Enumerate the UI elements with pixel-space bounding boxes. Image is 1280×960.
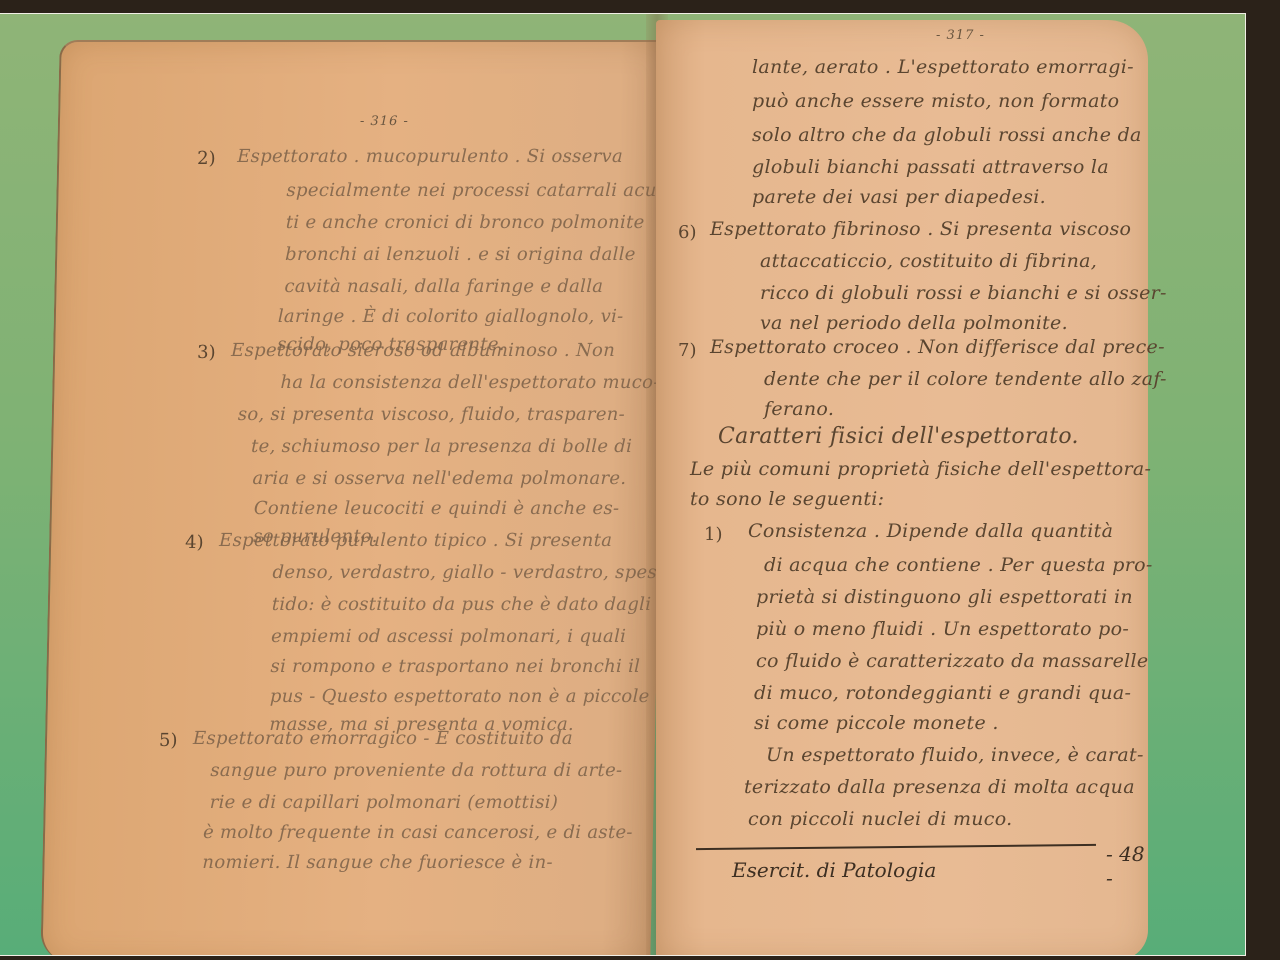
text-line: ferano. — [764, 398, 834, 420]
text-line: Consistenza . Dipende dalla quantità — [748, 520, 1113, 542]
item-number: 1) — [704, 524, 722, 545]
text-line: sangue puro proveniente da rottura di ar… — [210, 760, 623, 781]
text-line: di acqua che contiene . Per questa pro- — [764, 554, 1153, 576]
text-line: ha la consistenza dell'espettorato muco- — [280, 372, 660, 393]
text-line: co fluido è caratterizzato da massarelle — [756, 650, 1148, 672]
text-line: Espettorato sieroso od albuminoso . Non — [231, 340, 615, 361]
item-number: 4) — [185, 532, 204, 553]
item-number: 2) — [197, 148, 216, 169]
text-line: denso, verdastro, giallo - verdastro, sp… — [272, 562, 705, 583]
text-line: empiemi od ascessi polmonari, i quali — [271, 626, 626, 647]
text-line: terizzato dalla presenza di molta acqua — [744, 776, 1135, 798]
footer-rule — [696, 844, 1096, 850]
text-line: lante, aerato . L'espettorato emorragi- — [752, 56, 1134, 78]
text-line: più o meno fluidi . Un espettorato po- — [756, 618, 1129, 640]
text-line: prietà si distinguono gli espettorati in — [756, 586, 1133, 608]
text-line: cavità nasali, dalla faringe e dalla — [284, 276, 603, 297]
photo-frame: - 316 - 2) Espettorato . mucopurulento .… — [0, 13, 1246, 956]
text-line: è molto frequente in casi cancerosi, e d… — [203, 822, 633, 843]
item-number: 7) — [678, 340, 696, 361]
text-line: aria e si osserva nell'edema polmonare. — [252, 468, 626, 489]
text-line: con piccoli nuclei di muco. — [748, 808, 1012, 830]
text-line: to sono le seguenti: — [690, 488, 884, 510]
text-line: dente che per il colore tendente allo za… — [764, 368, 1167, 390]
text-line: ti e anche cronici di bronco polmonite — [286, 212, 645, 233]
text-line: Un espettorato fluido, invece, è carat- — [766, 744, 1144, 766]
text-line: Espettorato purulento tipico . Si presen… — [219, 530, 613, 551]
text-line: Espettorato . mucopurulento . Si osserva — [237, 146, 623, 167]
text-line: si rompono e trasportano nei bronchi il — [270, 656, 640, 677]
text-line: laringe . È di colorito giallognolo, vi- — [278, 306, 624, 327]
text-line: rie e di capillari polmonari (emottisi) — [209, 792, 558, 813]
left-page-number: - 316 - — [360, 114, 409, 129]
item-number: 3) — [197, 342, 216, 363]
text-line: va nel periodo della polmonite. — [760, 312, 1068, 334]
item-number: 5) — [159, 730, 178, 751]
text-line: nomieri. Il sangue che fuoriesce è in- — [202, 852, 553, 873]
text-line: te, schiumoso per la presenza di bolle d… — [251, 436, 632, 457]
text-line: di muco, rotondeggianti e grandi qua- — [754, 682, 1131, 704]
text-line: Espettorato fibrinoso . Si presenta visc… — [710, 218, 1131, 240]
text-line: specialmente nei processi catarrali acu- — [286, 180, 663, 201]
text-line: tido: è costituito da pus che è dato dag… — [272, 594, 652, 615]
sheet-number: - 48 - — [1106, 842, 1148, 890]
text-line: globuli bianchi passati attraverso la — [752, 156, 1109, 178]
text-line: Contiene leucociti e quindi è anche es- — [254, 498, 620, 519]
right-page-number: - 317 - — [936, 28, 985, 43]
text-line: Le più comuni proprietà fisiche dell'esp… — [690, 458, 1151, 480]
footer-title: Esercit. di Patologia — [732, 858, 936, 882]
text-line: parete dei vasi per diapedesi. — [752, 186, 1046, 208]
text-line: può anche essere misto, non formato — [752, 90, 1119, 112]
text-line: Espettorato emorragico - È costituito da — [193, 728, 573, 749]
left-page: - 316 - 2) Espettorato . mucopurulento .… — [40, 40, 669, 956]
text-line: so, si presenta viscoso, fluido, traspar… — [238, 404, 626, 425]
text-line: solo altro che da globuli rossi anche da — [752, 124, 1142, 146]
text-line: attaccaticcio, costituito di fibrina, — [760, 250, 1097, 272]
item-number: 6) — [678, 222, 696, 243]
text-line: ricco di globuli rossi e bianchi e si os… — [760, 282, 1167, 304]
text-line: bronchi ai lenzuoli . e si origina dalle — [285, 244, 636, 265]
right-page: - 317 - lante, aerato . L'espettorato em… — [656, 20, 1148, 956]
section-heading: Caratteri fisici dell'espettorato. — [718, 424, 1079, 449]
text-line: pus - Questo espettorato non è a piccole — [270, 686, 650, 707]
text-line: si come piccole monete . — [754, 712, 999, 734]
text-line: Espettorato croceo . Non differisce dal … — [710, 336, 1165, 358]
